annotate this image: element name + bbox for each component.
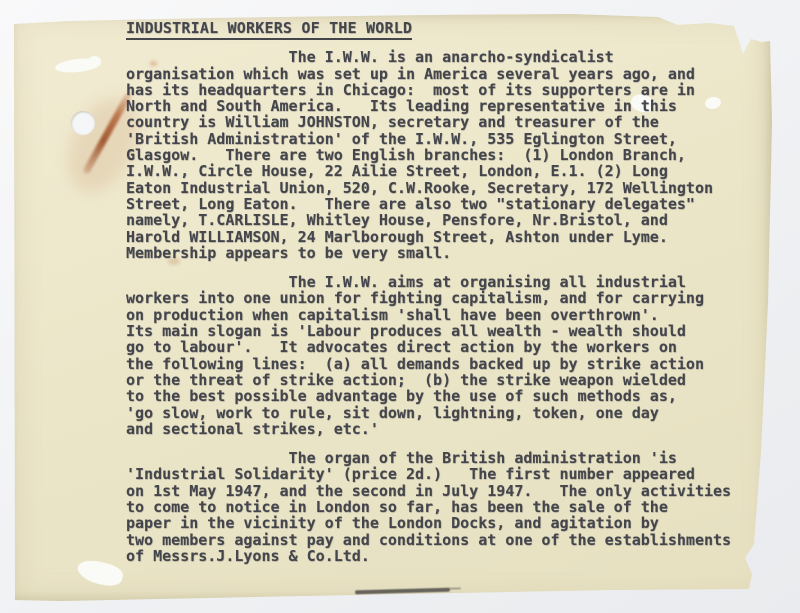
punch-hole <box>71 111 95 135</box>
paragraph-iww-organ: The organ of the British administration … <box>126 450 786 564</box>
document-title: INDUSTRIAL WORKERS OF THE WORLD <box>126 20 786 36</box>
document-scan: INDUSTRIAL WORKERS OF THE WORLD The I.W.… <box>0 0 800 613</box>
torn-paper-patch <box>88 56 101 65</box>
paragraph-iww-aims: The I.W.W. aims at organising all indust… <box>126 274 786 437</box>
typewritten-text: INDUSTRIAL WORKERS OF THE WORLD The I.W.… <box>126 20 786 577</box>
paragraph-iww-description: The I.W.W. is an anarcho-syndicalist org… <box>126 49 786 261</box>
